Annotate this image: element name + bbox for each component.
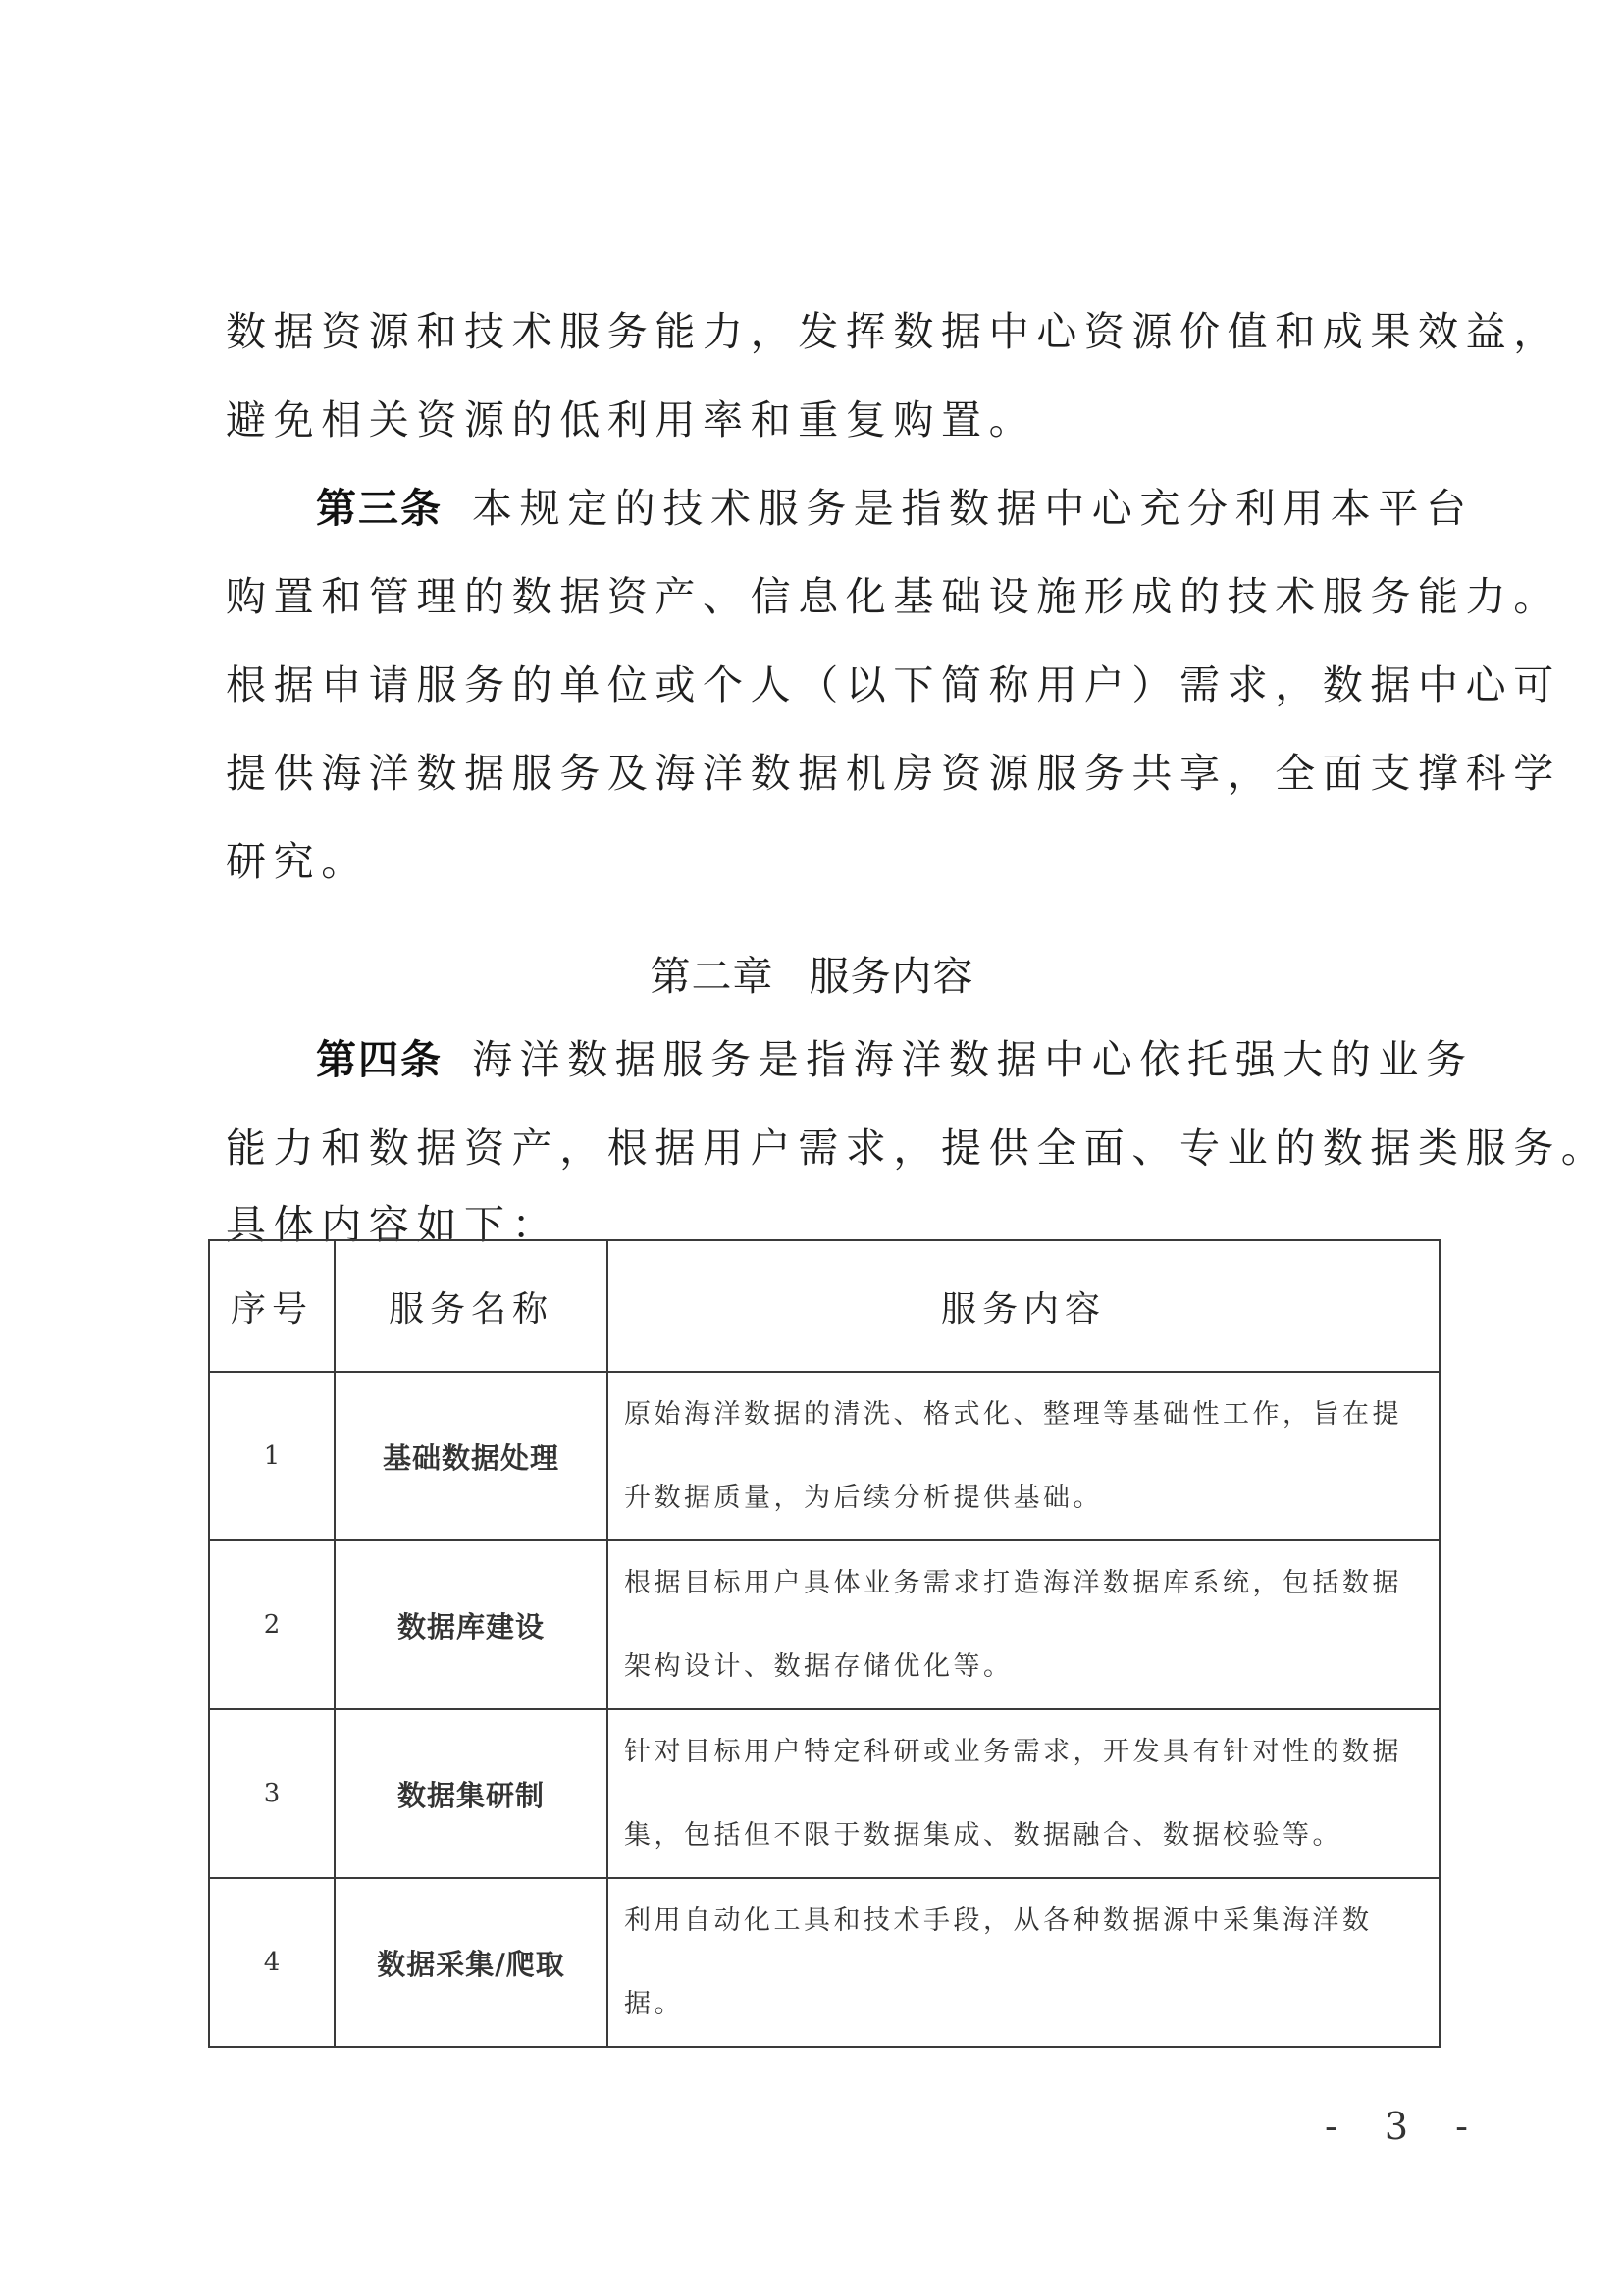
paragraph-line: 购置和管理的数据资产、信息化基础设施形成的技术服务能力。 (226, 577, 1442, 617)
table-row: 3 数据集研制 针对目标用户特定科研或业务需求，开发具有针对性的数据集，包括但不… (209, 1709, 1440, 1878)
service-name: 基础数据处理 (335, 1372, 607, 1540)
article-label: 第四条 (316, 1036, 443, 1083)
paragraph-text: 本规定的技术服务是指数据中心充分利用本平台 (472, 485, 1474, 532)
service-content: 利用自动化工具和技术手段，从各种数据源中采集海洋数据。 (607, 1878, 1440, 2047)
article-label: 第三条 (316, 485, 443, 532)
table-row: 1 基础数据处理 原始海洋数据的清洗、格式化、整理等基础性工作，旨在提升数据质量… (209, 1372, 1440, 1540)
table-header-row: 序号 服务名称 服务内容 (209, 1240, 1440, 1372)
chapter-number: 第二章 (651, 953, 774, 1000)
chapter-title: 服务内容 (810, 953, 974, 1000)
article-3-first-line: 第三条本规定的技术服务是指数据中心充分利用本平台 (316, 489, 1533, 529)
article-4-first-line: 第四条海洋数据服务是指海洋数据中心依托强大的业务 (316, 1040, 1533, 1080)
header-service-name: 服务名称 (335, 1240, 607, 1372)
row-number: 2 (209, 1540, 335, 1709)
row-number: 1 (209, 1372, 335, 1540)
header-service-content: 服务内容 (607, 1240, 1440, 1372)
row-number: 4 (209, 1878, 335, 2047)
service-content: 原始海洋数据的清洗、格式化、整理等基础性工作，旨在提升数据质量，为后续分析提供基… (607, 1372, 1440, 1540)
row-number: 3 (209, 1709, 335, 1878)
service-name: 数据集研制 (335, 1709, 607, 1878)
document-page: { "paragraphs": { "continuation": [ "数据资… (0, 0, 1624, 2296)
service-name: 数据采集/爬取 (335, 1878, 607, 2047)
service-content: 针对目标用户特定科研或业务需求，开发具有针对性的数据集，包括但不限于数据集成、数… (607, 1709, 1440, 1878)
service-name: 数据库建设 (335, 1540, 607, 1709)
paragraph-line: 数据资源和技术服务能力，发挥数据中心资源价值和成果效益， (226, 312, 1442, 352)
chapter-heading: 第二章服务内容 (0, 957, 1624, 997)
paragraph-line: 能力和数据资产，根据用户需求，提供全面、专业的数据类服务。 (226, 1128, 1442, 1169)
service-content: 根据目标用户具体业务需求打造海洋数据库系统，包括数据架构设计、数据存储优化等。 (607, 1540, 1440, 1709)
table-row: 2 数据库建设 根据目标用户具体业务需求打造海洋数据库系统，包括数据架构设计、数… (209, 1540, 1440, 1709)
paragraph-line: 提供海洋数据服务及海洋数据机房资源服务共享，全面支撑科学 (226, 754, 1442, 794)
table-row: 4 数据采集/爬取 利用自动化工具和技术手段，从各种数据源中采集海洋数据。 (209, 1878, 1440, 2047)
services-table: 序号 服务名称 服务内容 1 基础数据处理 原始海洋数据的清洗、格式化、整理等基… (208, 1239, 1441, 2048)
page-number: - 3 - (1325, 2105, 1486, 2148)
paragraph-line: 根据申请服务的单位或个人（以下简称用户）需求，数据中心可 (226, 665, 1442, 705)
paragraph-text: 海洋数据服务是指海洋数据中心依托强大的业务 (472, 1036, 1474, 1083)
header-number: 序号 (209, 1240, 335, 1372)
paragraph-line: 研究。 (226, 842, 1442, 882)
paragraph-line: 避免相关资源的低利用率和重复购置。 (226, 400, 1442, 441)
